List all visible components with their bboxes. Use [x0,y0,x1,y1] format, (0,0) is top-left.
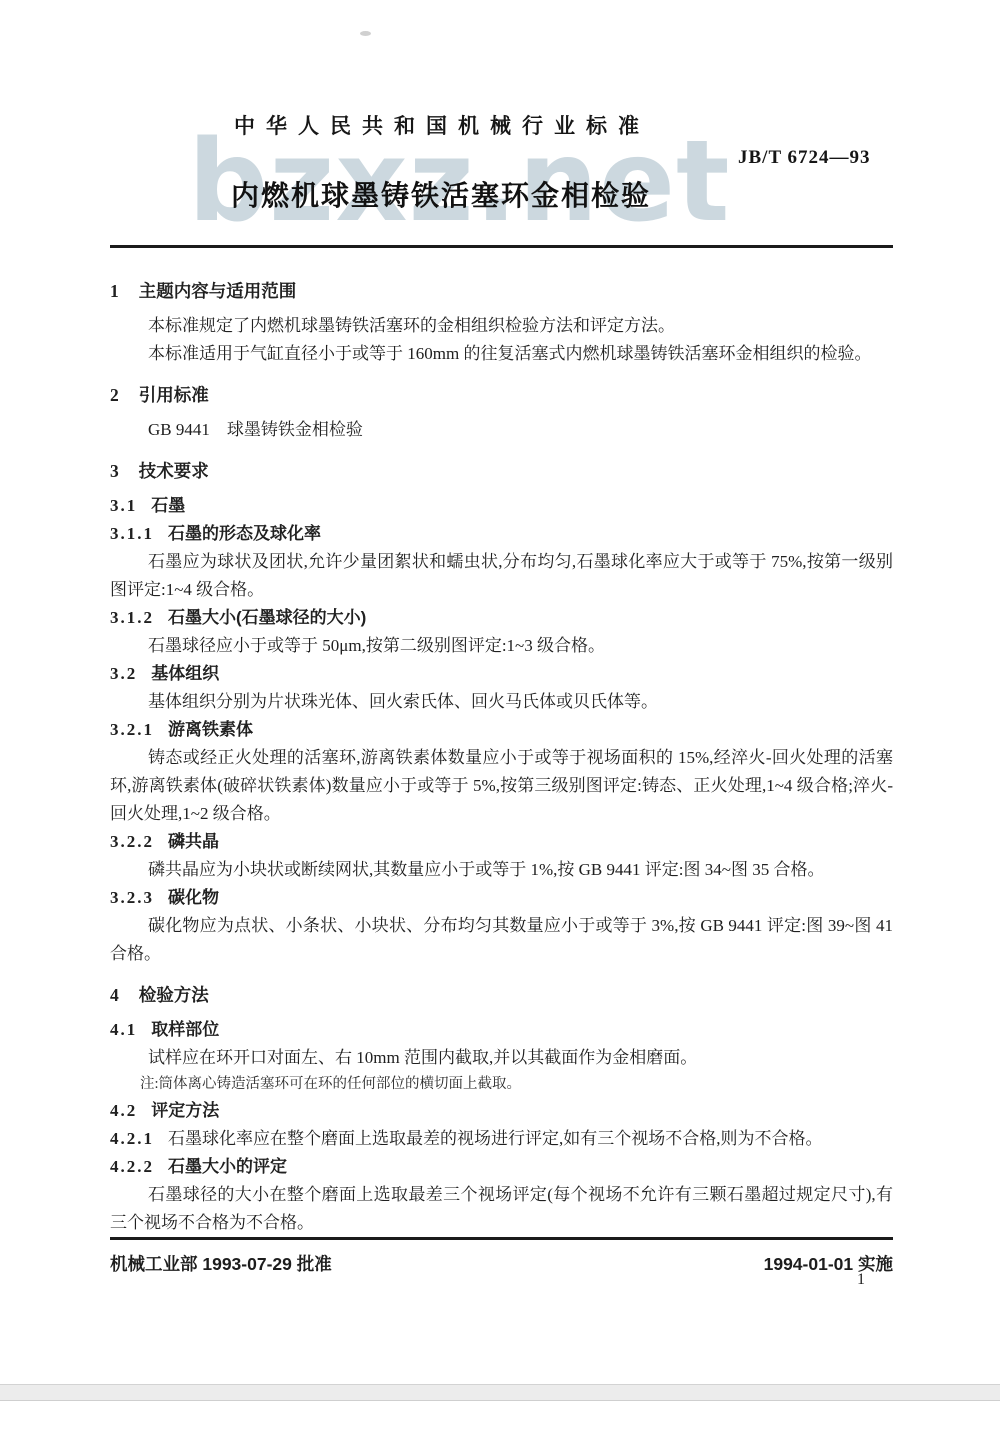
paragraph: 基体组织分别为片状珠光体、回火索氏体、回火马氏体或贝氏体等。 [110,688,893,716]
clause-title: 引用标准 [139,385,209,405]
paragraph: 石墨应为球状及团状,允许少量团絮状和蠕虫状,分布均匀,石墨球化率应大于或等于 7… [110,548,893,604]
clause-title: 石墨 [151,496,185,515]
paragraph: 试样应在环开口对面左、右 10mm 范围内截取,并以其截面作为金相磨面。 [110,1044,893,1072]
clause-3-2-3-heading: 3.2.3碳化物 [110,884,893,912]
clause-3-1-heading: 3.1石墨 [110,492,893,520]
page-number: 1 [857,1271,865,1289]
clause-title: 评定方法 [151,1101,219,1120]
scan-edge-band [0,1384,1000,1401]
paragraph: 铸态或经正火处理的活塞环,游离铁素体数量应小于或等于视场面积的 15%,经淬火-… [110,744,893,828]
clause-title: 游离铁素体 [168,720,253,739]
clause-3-2-1-heading: 3.2.1游离铁素体 [110,716,893,744]
clause-3-heading: 3技术要求 [110,457,893,485]
standard-code: JB/T 6724—93 [738,147,871,169]
clause-2-heading: 2引用标准 [110,381,893,409]
clause-number: 3.2.3 [110,888,154,907]
paragraph: 磷共晶应为小块状或断续网状,其数量应小于或等于 1%,按 GB 9441 评定:… [110,856,893,884]
standard-type-heading: 中华人民共和国机械行业标准 [234,110,650,140]
paragraph: 本标准规定了内燃机球墨铸铁活塞环的金相组织检验方法和评定方法。 [110,312,893,340]
clause-number: 3.1.2 [110,608,154,627]
clause-number: 3.1.1 [110,524,154,543]
clause-number: 4 [110,985,121,1005]
clause-title: 磷共晶 [168,832,219,851]
clause-title: 基体组织 [151,664,219,683]
clause-4-heading: 4检验方法 [110,981,893,1009]
clause-number: 4.2 [110,1101,137,1120]
clause-title: 石墨的形态及球化率 [168,524,321,543]
clause-number: 3.2 [110,664,137,683]
clause-title: 检验方法 [139,985,209,1005]
clause-number: 4.1 [110,1020,137,1039]
footer-rule [110,1237,893,1240]
clause-number: 4.2.1 [110,1129,154,1148]
clause-3-1-1-heading: 3.1.1石墨的形态及球化率 [110,520,893,548]
paragraph: 石墨球径的大小在整个磨面上选取最差三个视场评定(每个视场不允许有三颗石墨超过规定… [110,1181,893,1237]
clause-3-1-2-heading: 3.1.2石墨大小(石墨球径的大小) [110,604,893,632]
paragraph: 石墨球径应小于或等于 50μm,按第二级别图评定:1~3 级合格。 [110,632,893,660]
clause-number: 4.2.2 [110,1157,154,1176]
footer-implementation: 1994-01-01 实施 [764,1251,893,1276]
clause-title: 技术要求 [139,461,209,481]
clause-4-2-2-heading: 4.2.2石墨大小的评定 [110,1153,893,1181]
clause-number: 1 [110,281,121,301]
paragraph: 碳化物应为点状、小条状、小块状、分布均匀其数量应小于或等于 3%,按 GB 94… [110,912,893,968]
clause-4-2-1-paragraph: 4.2.1石墨球化率应在整个磨面上选取最差的视场进行评定,如有三个视场不合格,则… [110,1125,893,1153]
clause-3-2-2-heading: 3.2.2磷共晶 [110,828,893,856]
clause-number: 3 [110,461,121,481]
clause-number: 3.1 [110,496,137,515]
clause-3-2-heading: 3.2基体组织 [110,660,893,688]
clause-title: 主题内容与适用范围 [139,281,297,301]
document-title: 内燃机球墨铸铁活塞环金相检验 [231,174,651,214]
scan-artifact-speck [360,31,371,36]
clause-title: 石墨大小(石墨球径的大小) [168,608,366,627]
clause-4-1-heading: 4.1取样部位 [110,1016,893,1044]
clause-number: 3.2.2 [110,832,154,851]
referenced-standard: GB 9441 球墨铸铁金相检验 [110,416,893,444]
clause-text: 石墨球化率应在整个磨面上选取最差的视场进行评定,如有三个视场不合格,则为不合格。 [168,1129,823,1148]
clause-title: 石墨大小的评定 [168,1157,287,1176]
clause-title: 取样部位 [151,1020,219,1039]
note-line: 注:筒体离心铸造活塞环可在环的任何部位的横切面上截取。 [110,1072,893,1097]
clause-title: 碳化物 [168,888,219,907]
footer-approval: 机械工业部 1993-07-29 批准 [110,1251,332,1276]
document-body: 1主题内容与适用范围 本标准规定了内燃机球墨铸铁活塞环的金相组织检验方法和评定方… [110,264,893,1237]
clause-4-2-heading: 4.2评定方法 [110,1097,893,1125]
paragraph: 本标准适用于气缸直径小于或等于 160mm 的往复活塞式内燃机球墨铸铁活塞环金相… [110,340,893,368]
header-rule [110,245,893,248]
clause-number: 3.2.1 [110,720,154,739]
clause-1-heading: 1主题内容与适用范围 [110,277,893,305]
clause-number: 2 [110,385,121,405]
